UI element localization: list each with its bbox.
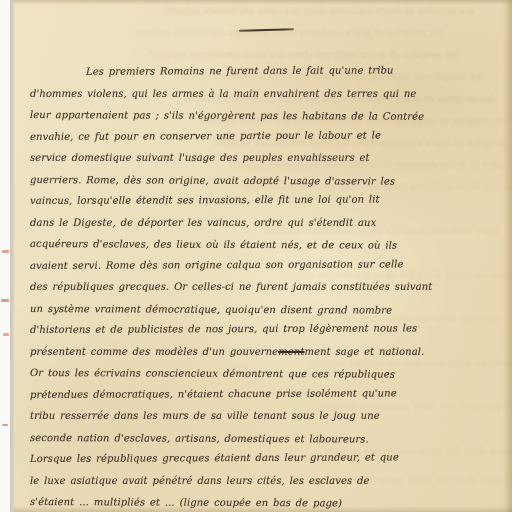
- bleedthrough-line: les peuples et leurs esclaves dans les c…: [149, 50, 459, 61]
- manuscript-line: Lorsque les républiques grecques étaient…: [30, 447, 402, 470]
- manuscript-line: service domestique suivant l'usage des p…: [30, 148, 402, 170]
- paper-fiber-speck: [2, 424, 8, 426]
- paper-edge-right: [503, 0, 512, 512]
- manuscript-line: des républiques grecques. Or celles-ci n…: [30, 277, 402, 299]
- manuscript-line: prétendues démocratiques, n'étaient chac…: [30, 383, 402, 406]
- paper-fiber-speck: [2, 250, 9, 253]
- manuscript-line: vaincus, lorsqu'elle étendit ses invasio…: [30, 189, 402, 212]
- manuscript-text-block: Les premiers Romains ne furent dans le f…: [30, 62, 402, 512]
- manuscript-line: présentent comme des modèles d'un gouver…: [30, 342, 402, 364]
- struck-correction: ment: [278, 347, 304, 358]
- paper-fiber-speck: [3, 333, 9, 336]
- scanner-edge-strip: [0, 0, 10, 512]
- manuscript-line: d'historiens et de publicistes de nos jo…: [30, 318, 402, 341]
- manuscript-line: le luxe asiatique avait pénétré dans leu…: [30, 471, 402, 493]
- manuscript-line: d'hommes violens, qui les armes à la mai…: [30, 84, 402, 106]
- manuscript-line: dans le Digeste, de déporter les vaincus…: [30, 213, 402, 235]
- manuscript-line: envahie, ce fut pour en conserver une pa…: [30, 125, 402, 148]
- paper-edge-top: [14, 0, 512, 5]
- paper-sheet: les peuples et leurs esclaves dans les c…: [14, 0, 512, 512]
- manuscript-line: Les premiers Romains ne furent dans le f…: [30, 60, 402, 83]
- manuscript-line: s'étaient … multipliés et … (ligne coupé…: [30, 492, 402, 512]
- handwritten-separator-rule: [239, 28, 294, 32]
- bleedthrough-line: les peuples et leurs esclaves dans les c…: [164, 6, 474, 17]
- scanned-manuscript-page: les peuples et leurs esclaves dans les c…: [0, 0, 512, 512]
- manuscript-line: avaient servi. Rome dès son origine calq…: [30, 254, 402, 277]
- paper-fiber-speck: [1, 299, 9, 302]
- manuscript-line: tribu resserrée dans les murs de sa vill…: [30, 406, 402, 428]
